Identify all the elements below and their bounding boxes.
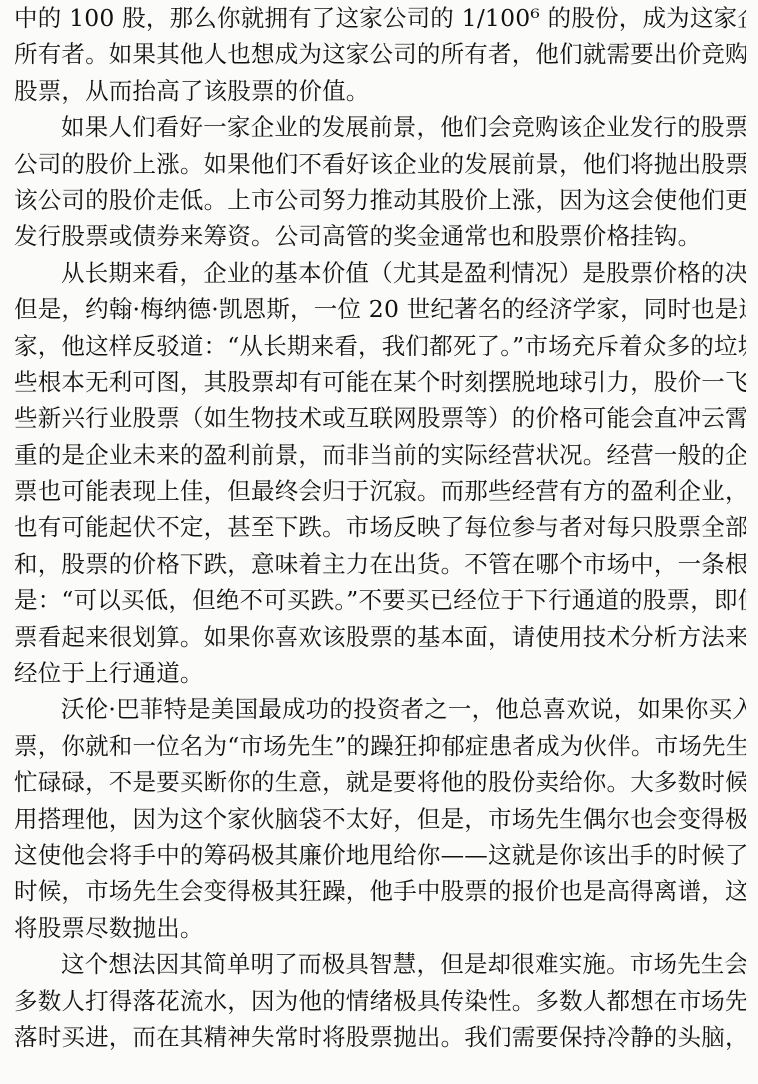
paragraph-5: 这个想法因其简单明了而极具智慧，但是却很难实施。市场先生会将我们大 多数人打得落… <box>14 946 746 1055</box>
text-line: 沃伦·巴菲特是美国最成功的投资者之一，他总喜欢说，如果你买入一只股 <box>14 691 746 727</box>
text-line: 公司的股价上涨。如果他们不看好该企业的发展前景，他们将抛出股票，这将使 <box>14 146 746 182</box>
text-line: 发行股票或债券来筹资。公司高管的奖金通常也和股票价格挂钩。 <box>14 218 746 254</box>
text-line: 家，他这样反驳道：“从长期来看，我们都死了。”市场充斥着众多的垃圾股，有 <box>14 328 746 364</box>
paragraph-3: 从长期来看，企业的基本价值（尤其是盈利情况）是股票价格的决定因素， 但是，约翰·… <box>14 255 746 692</box>
paragraph-2: 如果人们看好一家企业的发展前景，他们会竞购该企业发行的股票，推动该 公司的股价上… <box>14 109 746 255</box>
text-line: 票也可能表现上佳，但最终会归于沉寂。而那些经营有方的盈利企业，其股票 <box>14 473 746 509</box>
document-page: 中的 100 股，那么你就拥有了这家公司的 1/100⁶ 的股份，成为这家企业的… <box>0 0 758 1084</box>
text-line: 些新兴行业股票（如生物技术或互联网股票等）的价格可能会直冲云霄，人们看 <box>14 400 746 436</box>
text-line: 多数人打得落花流水，因为他的情绪极具传染性。多数人都想在市场先生情绪低 <box>14 983 746 1019</box>
text-line: 经位于上行通道。 <box>14 655 746 691</box>
text-line: 和，股票的价格下跌，意味着主力在出货。不管在哪个市场中，一条根本原则 <box>14 546 746 582</box>
text-line: 是：“可以买低，但绝不可买跌。”不要买已经位于下行通道的股票，即使这只股 <box>14 582 746 618</box>
text-line: 时候，市场先生会变得极其狂躁，他手中股票的报价也是高得离谱，这时你应该 <box>14 873 746 909</box>
text-line: 忙碌碌，不是要买断你的生意，就是要将他的股份卖给你。大多数时候，你都不 <box>14 764 746 800</box>
text-line: 票看起来很划算。如果你喜欢该股票的基本面，请使用技术分析方法来确定其已 <box>14 619 746 655</box>
text-line: 该公司的股价走低。上市公司努力推动其股价上涨，因为这会使他们更容易通过 <box>14 182 746 218</box>
paragraph-1: 中的 100 股，那么你就拥有了这家公司的 1/100⁶ 的股份，成为这家企业的… <box>14 0 746 109</box>
text-line: 股票，从而抬高了该股票的价值。 <box>14 73 746 109</box>
text-line: 从长期来看，企业的基本价值（尤其是盈利情况）是股票价格的决定因素， <box>14 255 746 291</box>
text-line: 中的 100 股，那么你就拥有了这家公司的 1/100⁶ 的股份，成为这家企业的… <box>14 0 746 36</box>
text-line: 但是，约翰·梅纳德·凯恩斯，一位 20 世纪著名的经济学家，同时也是选股专 <box>14 291 746 327</box>
text-line: 落时买进，而在其精神失常时将股票抛出。我们需要保持冷静的头脑，也需要客 <box>14 1019 746 1055</box>
text-line: 重的是企业未来的盈利前景，而非当前的实际经营状况。经营一般的企业，其股 <box>14 437 746 473</box>
text-line: 也有可能起伏不定，甚至下跌。市场反映了每位参与者对每只股票全部感受的总 <box>14 509 746 545</box>
paragraph-4: 沃伦·巴菲特是美国最成功的投资者之一，他总喜欢说，如果你买入一只股 票，你就和一… <box>14 691 746 946</box>
text-line: 用搭理他，因为这个家伙脑袋不太好，但是，市场先生偶尔也会变得极其压抑， <box>14 801 746 837</box>
text-line: 这个想法因其简单明了而极具智慧，但是却很难实施。市场先生会将我们大 <box>14 946 746 982</box>
text-line: 所有者。如果其他人也想成为这家公司的所有者，他们就需要出价竞购你持有的 <box>14 36 746 72</box>
text-line: 票，你就和一位名为“市场先生”的躁狂抑郁症患者成为伙伴。市场先生每天忙 <box>14 728 746 764</box>
text-line: 如果人们看好一家企业的发展前景，他们会竞购该企业发行的股票，推动该 <box>14 109 746 145</box>
text-line: 这使他会将手中的筹码极其廉价地甩给你——这就是你该出手的时候了。在其他 <box>14 837 746 873</box>
text-line: 些根本无利可图，其股票却有可能在某个时刻摆脱地球引力，股价一飞冲天。那 <box>14 364 746 400</box>
text-line: 将股票尽数抛出。 <box>14 910 746 946</box>
